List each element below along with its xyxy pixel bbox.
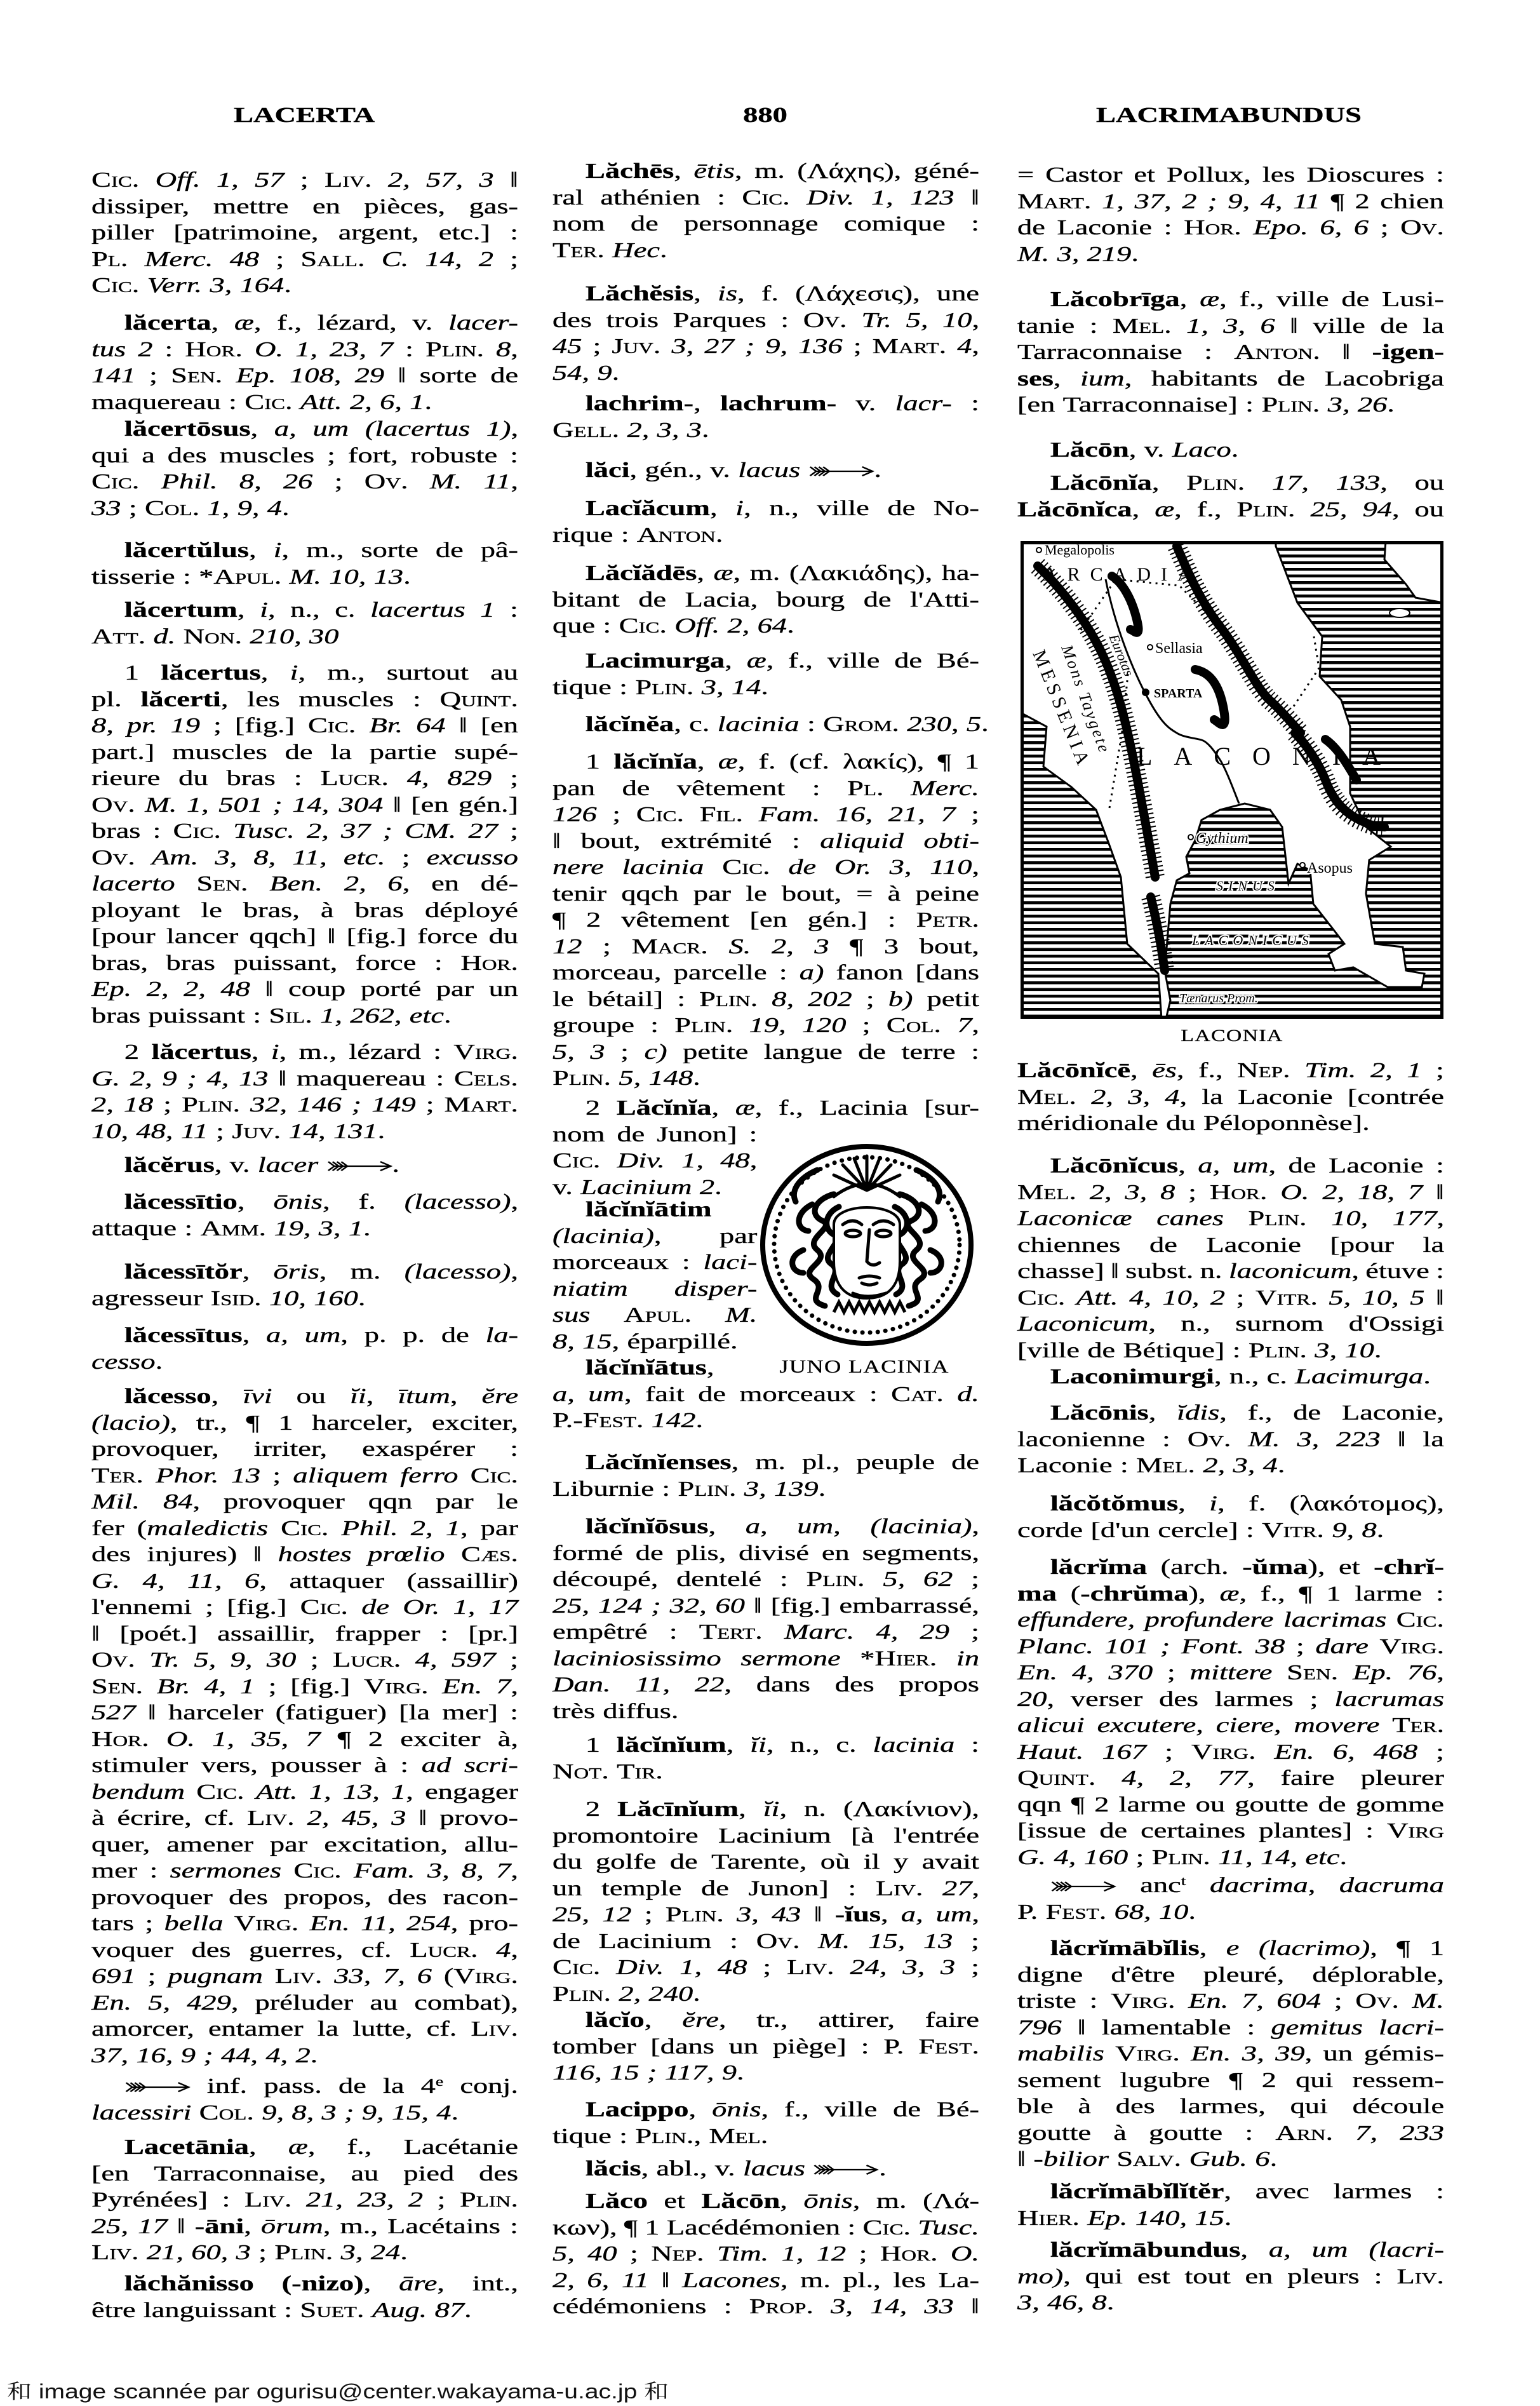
- plain-text: :: [184, 1217, 192, 1240]
- italic-text: 13: [231, 1464, 260, 1488]
- plain-text: bras,: [243, 899, 300, 922]
- word: ;: [510, 765, 518, 792]
- word: des: [552, 307, 592, 334]
- author-abbreviation: Ter.: [91, 1464, 144, 1488]
- word: Junon]: [748, 1876, 828, 1902]
- word: 3: [322, 2100, 337, 2127]
- italic-text: 11,: [187, 1569, 222, 1593]
- italic-text: 2,: [627, 419, 650, 442]
- plain-text: (cf.: [789, 750, 829, 774]
- word: 45: [552, 333, 582, 360]
- word: lăchănisso: [124, 2271, 254, 2297]
- word: O.: [255, 337, 283, 363]
- italic-text: 254: [406, 1912, 451, 1935]
- plain-text: mettre: [213, 195, 289, 218]
- headword: lăcessītŏr: [124, 1260, 243, 1284]
- word: surnom: [1235, 1311, 1323, 1338]
- italic-text: 18: [124, 1093, 153, 1117]
- word: bitant: [552, 587, 620, 614]
- word: 11: [1293, 189, 1320, 215]
- word: ble: [1017, 2093, 1054, 2120]
- plain-text: v.: [552, 1176, 573, 1199]
- word: 15,: [582, 1329, 619, 1355]
- entry-line: quer,amenerparexcitation,allu-: [91, 1832, 518, 1858]
- word: extrémité: [660, 828, 772, 855]
- italic-text: 6,: [587, 2269, 609, 2292]
- word: 27: [704, 333, 733, 360]
- word: de: [858, 1039, 886, 1066]
- plain-text: ,: [735, 159, 742, 183]
- word: ;: [971, 1619, 979, 1646]
- plain-text: ,: [340, 1324, 348, 1347]
- entry-line: (lacinia),par: [552, 1223, 757, 1250]
- italic-text: 4: [267, 497, 282, 520]
- plain-text: attaque: [91, 1217, 177, 1240]
- word: par: [270, 1832, 307, 1858]
- word: Mel.: [709, 2123, 768, 2150]
- plain-text: harceler: [168, 1701, 264, 1724]
- word: .: [808, 457, 881, 484]
- word: de: [285, 739, 313, 766]
- word: bras,: [91, 950, 148, 977]
- plain-text: ‖: [265, 978, 273, 1001]
- plain-text: un: [1323, 2042, 1353, 2066]
- dictionary-entry: lăcesso,īviouĭi,ītum,ĕre(lacio),tr.,¶1ha…: [91, 1383, 518, 2069]
- word: [dans: [650, 2034, 714, 2060]
- author-abbreviation: Virg.: [1191, 1740, 1256, 1764]
- plain-text: *: [199, 565, 213, 589]
- word: partie: [370, 739, 437, 766]
- plain-text: ,: [697, 750, 705, 774]
- word: Bé-: [937, 648, 979, 675]
- word: ;: [971, 802, 979, 828]
- entry-line: P.-Fest.142.: [552, 1408, 979, 1434]
- word: allu-: [464, 1832, 518, 1858]
- word: chasse]: [1017, 1258, 1104, 1285]
- plain-text: larme: [1119, 1793, 1186, 1817]
- author-abbreviation: Plin.: [1261, 393, 1320, 417]
- headword: lăchănisso: [124, 2272, 254, 2295]
- italic-text: sus: [552, 1303, 590, 1327]
- plain-text: pl.: [91, 688, 122, 711]
- word: lutte,: [352, 2016, 412, 2043]
- word: ¶: [246, 1410, 260, 1437]
- italic-text: 25,: [552, 1594, 589, 1618]
- plain-text: piège]: [773, 2035, 847, 2059]
- plain-text: découle: [1353, 2095, 1444, 2118]
- word: Att.: [1076, 1285, 1118, 1312]
- plain-text: .: [156, 1350, 163, 1374]
- plain-text: m.: [750, 561, 780, 585]
- plain-text: à: [888, 882, 901, 906]
- entry-line: lăcĭnĭōsus,a,um,(lacinia),: [552, 1514, 979, 1540]
- word: 15.: [1195, 2205, 1231, 2232]
- headword: lăcĭnĭum: [617, 1733, 726, 1757]
- entry-line: lăcĭnĕa,c.lacinia:Grom.230,5.: [552, 711, 979, 738]
- word: Hor.: [185, 337, 243, 363]
- italic-text: 7: [941, 803, 955, 826]
- author-abbreviation: Mel.: [1017, 1085, 1076, 1109]
- word: Gell.: [552, 417, 619, 444]
- italic-text: laci-: [703, 1251, 757, 1274]
- italic-text: 84: [163, 1490, 192, 1514]
- plain-text: nom: [552, 1123, 605, 1146]
- author-abbreviation: Liv.: [787, 1956, 834, 1979]
- dictionary-entry: Lacĭăcum,i,n.,villedeNo-rique:Anton.: [552, 495, 979, 548]
- word: [pour: [1330, 1232, 1394, 1259]
- plain-text: (: [444, 1965, 453, 1988]
- plain-text: ,: [1219, 1401, 1227, 1425]
- plain-text: ,: [1149, 1401, 1156, 1425]
- plain-text: ,: [750, 1149, 758, 1173]
- plain-text: de: [864, 588, 892, 612]
- word: 8,: [239, 469, 262, 495]
- plain-text: ,: [972, 856, 979, 879]
- author-abbreviation: Vitr.: [1262, 1519, 1324, 1542]
- plain-text: ;: [620, 1040, 629, 1064]
- word: Sen.: [196, 871, 248, 897]
- italic-text: 3,: [1223, 314, 1245, 338]
- italic-text: a,: [901, 1903, 923, 1926]
- italic-text: 9,: [238, 497, 260, 520]
- word: 32,: [670, 1593, 707, 1620]
- plain-text: [la: [399, 1701, 430, 1724]
- author-abbreviation: Lucr.: [410, 1939, 478, 1962]
- italic-text: niatim: [552, 1277, 628, 1301]
- plain-text: une: [937, 282, 979, 306]
- italic-text: 1,: [187, 793, 209, 817]
- entry-line: Laconimurgi,n.,c.Lacimurga.: [1017, 1364, 1444, 1390]
- italic-text: 8,: [462, 1859, 484, 1883]
- word: lăcĭnĭātim: [586, 1197, 712, 1223]
- italic-text: 3,: [671, 335, 693, 358]
- headword: -chrĭ-: [1374, 1556, 1444, 1579]
- plain-text: de: [1099, 1819, 1127, 1843]
- word: 262,: [350, 1003, 401, 1030]
- italic-text: Div.: [807, 186, 854, 210]
- italic-text: 35,: [251, 1728, 288, 1751]
- word: force: [356, 950, 416, 977]
- word: Br.: [157, 1674, 191, 1700]
- word: Bé-: [937, 2097, 979, 2123]
- word: 2,: [1090, 1179, 1112, 1206]
- plain-text: ,: [511, 1939, 518, 1962]
- word: lăcrĭma: [1050, 1554, 1147, 1581]
- word: lachrum-: [720, 391, 836, 417]
- word: P.: [883, 2034, 904, 2060]
- entry-line: provoquerdespropos,desracon-: [91, 1885, 518, 1911]
- word: int.,: [472, 2271, 518, 2297]
- word: des: [479, 2161, 518, 2188]
- plain-text: ¶: [1331, 190, 1344, 213]
- author-abbreviation: Plin.: [666, 1903, 724, 1926]
- italic-text: 12: [817, 2242, 846, 2266]
- plain-text: ;: [269, 1675, 277, 1698]
- dictionary-entry: 1lăcertus,i,m.,surtoutaupl.lăcerti,lesmu…: [91, 660, 518, 1029]
- word: Sen.: [1287, 1660, 1338, 1686]
- word: v.: [855, 391, 876, 417]
- plain-text: ,: [1219, 288, 1227, 311]
- word: 7,: [957, 1012, 979, 1039]
- plain-text: goutte: [1017, 2121, 1091, 2145]
- plain-text: chiennes: [1017, 1233, 1120, 1257]
- italic-text: 6: [388, 872, 403, 896]
- word: ;: [1207, 189, 1217, 215]
- plain-text: il: [864, 1850, 880, 1874]
- word: Lăcōnis,: [1050, 1400, 1156, 1427]
- word: :: [971, 1732, 979, 1759]
- plain-text: [en: [1017, 393, 1055, 417]
- word: terre: [902, 1039, 956, 1066]
- word: Mel.: [1136, 1453, 1195, 1479]
- headword: lăcrĭmābundus: [1050, 2238, 1240, 2262]
- plain-text: fanon: [836, 961, 904, 985]
- plain-text: ,: [406, 1780, 413, 1804]
- plain-text: propos,: [284, 1886, 372, 1909]
- word: 5,: [552, 2241, 575, 2268]
- italic-text: 6,: [1333, 1740, 1355, 1764]
- dictionary-entry: Laconimurgi,n.,c.Lacimurga.: [1017, 1364, 1444, 1390]
- entry-line: 12;Macr.S.2,3¶3bout,: [552, 934, 979, 960]
- plain-text: de: [636, 1542, 664, 1565]
- italic-text: 101: [1105, 1635, 1149, 1658]
- italic-text: 4,: [204, 1675, 226, 1698]
- plain-text: n.,: [790, 1733, 819, 1757]
- italic-text: bella: [164, 1912, 224, 1935]
- word: 2,: [1091, 1084, 1113, 1111]
- word: ‖: [971, 185, 979, 212]
- entry-line: que:Cic.Off.2,64.: [552, 613, 979, 640]
- entry-line: àécrire,cf.Liv.2,45,3‖provo-: [91, 1805, 518, 1832]
- italic-text: 4: [1263, 1454, 1278, 1477]
- word: pièces,: [364, 194, 445, 220]
- entry-line: susApul.M.: [552, 1302, 757, 1329]
- italic-text: 3,: [1297, 1428, 1319, 1451]
- entry-line: lăcrĭmābĭlĭtĕr,aveclarmes:: [1017, 2179, 1444, 2205]
- italic-text: 4,: [1054, 1846, 1076, 1869]
- plain-text: Lacinium: [718, 1824, 831, 1848]
- author-abbreviation: Virg.: [364, 1675, 429, 1698]
- italic-text: ;: [1160, 1635, 1170, 1658]
- plain-text: .: [363, 1217, 371, 1240]
- word: 604: [1276, 1988, 1321, 2015]
- word: dacruma: [1339, 1872, 1444, 1899]
- plain-text: ,: [1129, 438, 1137, 462]
- entry-line: digned'êtrepleuré,déplorable,: [1017, 1962, 1444, 1989]
- word: Liv.: [325, 167, 372, 194]
- word: 26: [283, 469, 312, 495]
- dictionary-entry: Lăcōn,v.Laco.: [1017, 437, 1444, 464]
- italic-text: e: [1226, 1937, 1240, 1960]
- word: Marc.: [784, 1619, 854, 1646]
- word: frapper: [335, 1621, 420, 1648]
- entry-line: 2,18;Plin.32,146;149;Mart.: [91, 1092, 518, 1119]
- word: 1,: [871, 185, 894, 212]
- author-abbreviation: Liv.: [876, 1877, 923, 1900]
- plain-text: (fatiguer): [276, 1701, 387, 1724]
- word: larme: [1119, 1792, 1186, 1818]
- word: (fatiguer): [276, 1700, 387, 1726]
- dictionary-entry: lăcessītŏr,ōris,m.(lacesso),agresseurIsi…: [91, 1259, 518, 1312]
- plain-text: de: [338, 2074, 366, 2098]
- word: Phil.: [161, 469, 218, 495]
- word: Pl.: [847, 776, 883, 802]
- italic-text: 14,: [1261, 1846, 1297, 1869]
- plain-text: ,: [1054, 367, 1061, 391]
- italic-text: (lacri-: [1369, 2238, 1444, 2262]
- word: :: [971, 211, 979, 238]
- word: :: [1247, 2015, 1255, 2041]
- author-abbreviation: Pl.: [91, 248, 128, 271]
- italic-text: a,: [274, 417, 297, 441]
- italic-text: 33,: [334, 1965, 371, 1988]
- word: bourg: [777, 587, 845, 614]
- italic-text: i: [260, 598, 268, 622]
- italic-text: 7: [957, 1014, 972, 1037]
- italic-text: ;: [383, 819, 392, 843]
- word: ¶: [552, 907, 566, 934]
- word: 26.: [1358, 392, 1395, 419]
- word: Pollux,: [1167, 162, 1251, 189]
- plain-text: ‖: [148, 1701, 156, 1724]
- word: ;: [866, 986, 874, 1013]
- italic-text: Aug.: [372, 2299, 427, 2322]
- word: il: [864, 1849, 880, 1876]
- italic-text: 27: [942, 1877, 972, 1900]
- italic-text: 1: [391, 1780, 406, 1804]
- word: goutte: [1149, 2120, 1222, 2147]
- word: Ov.: [91, 1647, 135, 1674]
- italic-text: aliquid: [820, 830, 904, 853]
- plain-text: :: [1436, 1582, 1444, 1606]
- entry-line: Ov.Am.3,8,11,etc.;excusso: [91, 845, 518, 871]
- plain-text: .: [424, 391, 432, 414]
- plain-text: ,: [323, 2215, 331, 2238]
- word: 35,: [251, 1726, 288, 1753]
- word: Non.: [184, 624, 243, 650]
- word: lachrim-,: [586, 391, 701, 417]
- italic-text: lacinia: [622, 856, 704, 879]
- italic-text: 370: [1109, 1661, 1153, 1684]
- author-abbreviation: Ov.: [91, 846, 135, 870]
- word: morceau,: [552, 960, 661, 986]
- word: Isid.: [211, 1286, 262, 1312]
- plain-text: .: [1387, 393, 1395, 417]
- author-abbreviation: Non.: [184, 625, 243, 649]
- headword: lăcessītus: [124, 1324, 243, 1347]
- entry-line: Not.Tir.: [552, 1759, 979, 1785]
- entry-line: lăcrĭmābĭlis,e(lacrimo),¶1: [1017, 1935, 1444, 1962]
- plain-text: ;: [971, 1620, 979, 1644]
- word: lacinia: [622, 854, 704, 881]
- headword: -igen-: [1372, 340, 1445, 364]
- word: Or.: [834, 854, 871, 881]
- word: divisé: [739, 1540, 809, 1567]
- plain-text: ,: [733, 561, 740, 585]
- word: (Λάχης),: [797, 158, 901, 185]
- italic-text: 124: [598, 1594, 643, 1618]
- plain-text: ,: [1239, 1582, 1247, 1606]
- plain-text: :: [848, 1877, 856, 1900]
- word: :: [780, 1566, 788, 1593]
- word: =: [1017, 162, 1034, 189]
- word: Fam.: [759, 802, 820, 828]
- plain-text: (arch.: [1161, 1556, 1229, 1579]
- headword: Laconimurgi: [1050, 1365, 1214, 1388]
- entry-line: bras:Cic.Tusc.2,37;CM.27;: [91, 818, 518, 845]
- word: (Λακιάδης),: [789, 560, 932, 587]
- word: lăcertus,: [151, 1039, 258, 1066]
- word: f.,: [788, 648, 813, 675]
- word: n.,: [1229, 1364, 1259, 1390]
- word: 48: [718, 1954, 747, 1981]
- entry-line: Lacĭăcum,i,n.,villedeNo-: [552, 495, 979, 522]
- italic-text: mo): [1017, 2265, 1063, 2288]
- plain-text: :: [812, 777, 820, 800]
- word: 1: [278, 1410, 293, 1437]
- word: :: [669, 1619, 678, 1646]
- plain-text: .: [874, 459, 881, 482]
- plain-text: (λακότομος),: [1290, 1492, 1444, 1516]
- plain-text: morceaux: [739, 1383, 855, 1406]
- plain-text: 1: [1326, 1582, 1341, 1606]
- word: :: [749, 1122, 757, 1148]
- plain-text: [sur-: [924, 1096, 979, 1120]
- word: [issue: [1017, 1818, 1086, 1845]
- plain-text: de: [893, 2098, 921, 2121]
- italic-text: 6: [1260, 314, 1275, 338]
- word: Liv.: [876, 1876, 923, 1902]
- word: de: [701, 1876, 729, 1902]
- word: 240.: [648, 1981, 700, 2008]
- italic-text: 3,: [831, 2295, 853, 2318]
- italic-text: 54,: [552, 361, 589, 385]
- word: 2: [1182, 189, 1196, 215]
- word: m.: [876, 2188, 907, 2215]
- word: 14,: [1261, 1845, 1297, 1871]
- italic-text: 15: [582, 1330, 612, 1354]
- plain-text: c.: [836, 1733, 856, 1757]
- plain-text: m.,: [327, 661, 365, 685]
- plain-text: de: [285, 741, 313, 764]
- italic-text: 3,: [341, 2241, 363, 2264]
- word: attaquer: [290, 1568, 385, 1595]
- italic-text: 120: [802, 1014, 847, 1037]
- italic-text: æ: [713, 561, 733, 585]
- word: 8.: [1092, 2290, 1114, 2316]
- italic-text: 4: [436, 2101, 451, 2125]
- italic-text: Div.: [617, 1149, 665, 1173]
- plain-text: de: [638, 588, 666, 612]
- word: de: [788, 854, 816, 881]
- italic-text: Laco: [1172, 438, 1231, 462]
- word: Sen.: [171, 363, 222, 389]
- word: lacertus: [370, 597, 465, 624]
- word: de: [490, 363, 518, 389]
- entry-line: Lăcĭădēs,æ,m.(Λακιάδης),ha-: [552, 560, 979, 587]
- author-abbreviation: Amm.: [201, 1217, 266, 1240]
- word: de: [622, 776, 650, 802]
- plain-text: Laconie: [1329, 1154, 1424, 1178]
- word: ĕre: [481, 1383, 518, 1410]
- word: lacr-: [895, 391, 952, 417]
- italic-text: maledictis: [147, 1517, 268, 1540]
- word: abl.,: [657, 2156, 707, 2182]
- plain-text: v.: [855, 392, 876, 415]
- word: Ov.: [1355, 1988, 1399, 2015]
- word: du: [1166, 1110, 1195, 1137]
- plain-text: bras: [91, 1004, 140, 1028]
